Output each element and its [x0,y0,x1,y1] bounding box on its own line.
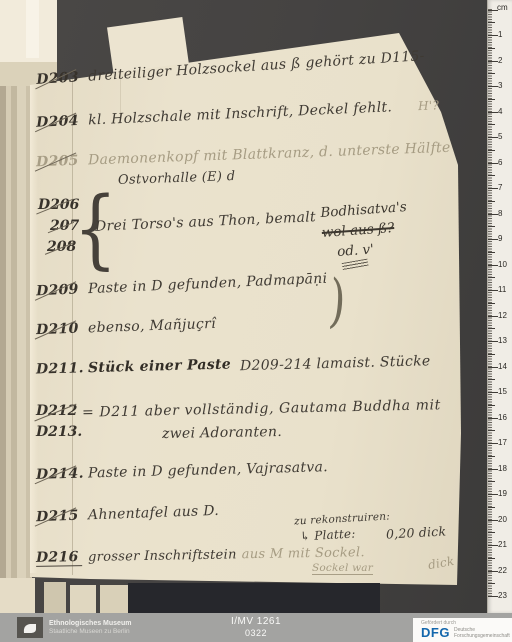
ruler-cm-label: 2 [498,56,511,65]
entry-d204: D204 kl. Holzschale mit Inschrift, Decke… [36,97,440,131]
ruler-cm-label: 20 [498,515,511,524]
ruler-cm-label: 9 [498,234,511,243]
entry-text: Ahnentafel aus D. [88,503,220,524]
ruler-cm-label: 5 [498,132,511,141]
entry-d212-213-text: = D211 aber vollständig, Gautama Buddha … [82,397,441,421]
entry-number: D209 [36,281,83,299]
entry-number: D205 [36,153,83,171]
entry-number: D204 [36,113,83,131]
entry-text: Daemonenkopf mit Blattkranz, d. unterste… [88,140,451,169]
entry-d210: D210 ebenso, Mañjuçrî [36,316,216,338]
entry-d214: D214. Paste in D gefunden, Vajrasatva. [36,459,328,483]
entry-d212-213-text2: zwei Adoranten. [162,424,282,442]
dfg-org-name: Deutsche Forschungsgemeinschaft [454,627,510,639]
ruler-unit-label: cm [497,3,508,12]
ruler-cm-label: 11 [498,285,511,294]
entry-d212-213-numbers: D212 D213. [36,401,82,443]
scanned-manuscript-viewport: D203 dreiteiliger Holzsockel aus ß gehör… [0,0,512,642]
entry-text: Paste in D gefunden, Vajrasatva. [88,459,328,481]
ruler-cm-label: 13 [498,336,511,345]
footer-bar: Ethnologisches Museum Staatliche Museen … [0,613,512,642]
ruler-cm-label: 3 [498,81,511,90]
ruler-cm-label: 18 [498,464,511,473]
entry-d206-208-annotation: Bodhisatva's wol aus ß? od. v' [320,197,411,270]
entry-text: Paste in D gefunden, Padmapāṇi [88,271,328,297]
ruler-cm-label: 7 [498,183,511,192]
entry-number: D211. [36,360,82,377]
entry-d216-right-note: dick [427,554,455,572]
dfg-logo: DFG [421,626,450,639]
entry-text: kl. Holzschale mit Inschrift, Deckel feh… [88,99,393,128]
entry-d203: D203 dreiteiliger Holzsockel aus ß gehör… [36,48,425,88]
entry-right-note: D209-214 lamaist. Stücke [240,353,431,374]
entry-d205-subline: Ostvorhalle (E) d [118,169,236,188]
entry-number: D203 [36,69,83,88]
ruler: cm 1234567891011121314151617181920212223 [487,0,512,613]
entry-number: D210 [36,321,83,339]
entry-text: Drei Torso's aus Thon, bemalt [95,209,316,235]
entry-number: D215 [36,508,83,526]
ruler-cm-label: 16 [498,413,511,422]
entry-d211: D211. Stück einer Paste D209-214 lamaist… [36,356,231,377]
handwriting-layer: D203 dreiteiliger Holzsockel aus ß gehör… [0,0,512,616]
entry-number: D214. [36,466,82,483]
dfg-funding-box: Gefördert durch DFG Deutsche Forschungsg… [413,618,512,642]
entry-text: zwei Adoranten. [162,424,282,442]
entry-d215-annotation: ↳ Platte: [300,527,356,544]
entry-d215: D215 Ahnentafel aus D. [36,503,220,525]
entry-d206-208-text: Drei Torso's aus Thon, bemalt [95,209,316,235]
entry-text: Stück einer Paste [88,356,231,376]
large-paren-mark: ) [327,271,348,331]
entry-text: grosser Inschriftstein [88,547,237,565]
entry-d215-annotation: 0,20 dick [386,523,447,541]
entry-text: = D211 aber vollständig, Gautama Buddha … [82,397,441,421]
ruler-cm-label: 10 [498,260,511,269]
ruler-cm-label: 8 [498,209,511,218]
entry-text: Ostvorhalle (E) d [118,169,236,188]
entry-number: D216 [36,549,82,567]
ruler-cm-label: 1 [498,30,511,39]
ruler-cm-label: 4 [498,107,511,116]
ruler-cm-label: 17 [498,438,511,447]
ruler-cm-label: 12 [498,311,511,320]
entry-text: ebenso, Mañjuçrî [88,316,216,336]
ruler-cm-label: 14 [498,362,511,371]
ruler-cm-label: 22 [498,566,511,575]
annotation-line: od. v' [337,237,411,262]
ruler-cm-label: 15 [498,387,511,396]
ruler-cm-label: 19 [498,489,511,498]
entry-d215-annotation: zu rekonstruiren: [294,510,390,527]
entry-pencil-note: H'? [418,98,440,113]
ruler-cm-label: 23 [498,591,511,600]
ruler-cm-label: 21 [498,540,511,549]
entry-number: D212 [36,401,82,422]
ruler-cm-label: 6 [498,158,511,167]
entry-text-pencil: aus M mit Sockel. [242,545,365,562]
entry-d216-subnote: Sockel war [312,562,373,575]
entry-number: D213. [36,422,82,443]
entry-d205: D205 Daemonenkopf mit Blattkranz, d. unt… [36,140,451,170]
entry-text: dreiteiliger Holzsockel aus ß gehört zu … [88,48,425,85]
